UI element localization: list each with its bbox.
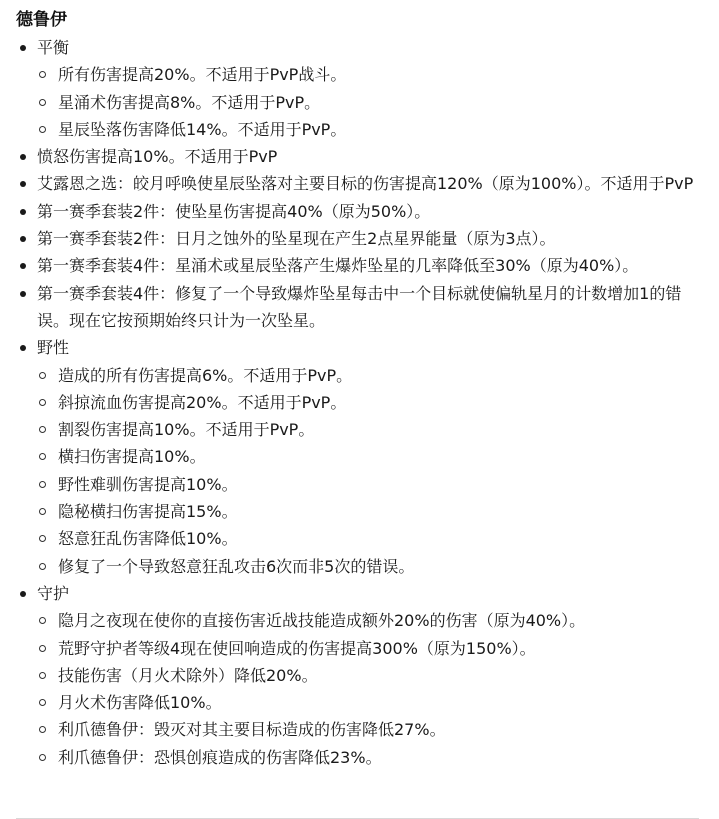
bullet-circle-icon bbox=[39, 481, 46, 488]
item-text: 造成的所有伤害提高6%。不适用于PvP。 bbox=[58, 366, 352, 385]
bullet-circle-icon bbox=[39, 563, 46, 570]
patch-notes-document: 德鲁伊 平衡 所有伤害提高20%。不适用于PvP战斗。 星涌术伤害提高8%。不适… bbox=[16, 7, 699, 771]
list-item: 修复了一个导致怒意狂乱攻击6次而非5次的错误。 bbox=[37, 553, 699, 580]
item-text: 第一赛季套装4件：星涌术或星辰坠落产生爆炸坠星的几率降低至30%（原为40%）。 bbox=[37, 256, 638, 275]
list-item-feral: 野性 造成的所有伤害提高6%。不适用于PvP。 斜掠流血伤害提高20%。不适用于… bbox=[16, 334, 699, 580]
bullet-circle-icon bbox=[39, 672, 46, 679]
list-item: 隐月之夜现在使你的直接伤害近战技能造成额外20%的伤害（原为40%）。 bbox=[37, 607, 699, 634]
list-item: 技能伤害（月火术除外）降低20%。 bbox=[37, 662, 699, 689]
bullet-circle-icon bbox=[39, 126, 46, 133]
list-item: 所有伤害提高20%。不适用于PvP战斗。 bbox=[37, 61, 699, 88]
bullet-circle-icon bbox=[39, 617, 46, 624]
list-item: 星辰坠落伤害降低14%。不适用于PvP。 bbox=[37, 116, 699, 143]
list-item: 斜掠流血伤害提高20%。不适用于PvP。 bbox=[37, 389, 699, 416]
list-item: 野性难驯伤害提高10%。 bbox=[37, 471, 699, 498]
section-label: 守护 bbox=[37, 584, 69, 603]
item-text: 星涌术伤害提高8%。不适用于PvP。 bbox=[58, 93, 320, 112]
change-list: 平衡 所有伤害提高20%。不适用于PvP战斗。 星涌术伤害提高8%。不适用于Pv… bbox=[16, 34, 699, 771]
bullet-disc-icon bbox=[20, 291, 26, 297]
list-item: 愤怒伤害提高10%。不适用于PvP bbox=[16, 143, 699, 170]
list-item-balance: 平衡 所有伤害提高20%。不适用于PvP战斗。 星涌术伤害提高8%。不适用于Pv… bbox=[16, 34, 699, 143]
bullet-circle-icon bbox=[39, 399, 46, 406]
sublist-balance: 所有伤害提高20%。不适用于PvP战斗。 星涌术伤害提高8%。不适用于PvP。 … bbox=[37, 61, 699, 143]
item-text: 技能伤害（月火术除外）降低20%。 bbox=[58, 666, 318, 685]
bullet-circle-icon bbox=[39, 508, 46, 515]
item-text: 斜掠流血伤害提高20%。不适用于PvP。 bbox=[58, 393, 346, 412]
item-text: 修复了一个导致怒意狂乱攻击6次而非5次的错误。 bbox=[58, 557, 414, 576]
list-item: 怒意狂乱伤害降低10%。 bbox=[37, 525, 699, 552]
bullet-circle-icon bbox=[39, 726, 46, 733]
item-text: 愤怒伤害提高10%。不适用于PvP bbox=[37, 147, 277, 166]
item-text: 隐秘横扫伤害提高15%。 bbox=[58, 502, 238, 521]
list-item: 割裂伤害提高10%。不适用于PvP。 bbox=[37, 416, 699, 443]
item-text: 艾露恩之选：皎月呼唤使星辰坠落对主要目标的伤害提高120%（原为100%）。不适… bbox=[37, 174, 693, 193]
bullet-disc-icon bbox=[20, 345, 26, 351]
bullet-circle-icon bbox=[39, 372, 46, 379]
list-item: 隐秘横扫伤害提高15%。 bbox=[37, 498, 699, 525]
bullet-disc-icon bbox=[20, 591, 26, 597]
list-item: 月火术伤害降低10%。 bbox=[37, 689, 699, 716]
item-text: 第一赛季套装4件：修复了一个导致爆炸坠星每击中一个目标就使偏轨星月的计数增加1的… bbox=[37, 284, 681, 330]
list-item: 星涌术伤害提高8%。不适用于PvP。 bbox=[37, 89, 699, 116]
bullet-circle-icon bbox=[39, 535, 46, 542]
list-item: 造成的所有伤害提高6%。不适用于PvP。 bbox=[37, 362, 699, 389]
item-text: 横扫伤害提高10%。 bbox=[58, 447, 206, 466]
item-text: 野性难驯伤害提高10%。 bbox=[58, 475, 238, 494]
list-item: 荒野守护者等级4现在使回响造成的伤害提高300%（原为150%）。 bbox=[37, 635, 699, 662]
list-item: 第一赛季套装4件：修复了一个导致爆炸坠星每击中一个目标就使偏轨星月的计数增加1的… bbox=[16, 280, 699, 335]
bullet-disc-icon bbox=[20, 236, 26, 242]
bullet-circle-icon bbox=[39, 99, 46, 106]
item-text: 第一赛季套装2件：使坠星伤害提高40%（原为50%）。 bbox=[37, 202, 430, 221]
bullet-circle-icon bbox=[39, 453, 46, 460]
bullet-circle-icon bbox=[39, 699, 46, 706]
list-item-guardian: 守护 隐月之夜现在使你的直接伤害近战技能造成额外20%的伤害（原为40%）。 荒… bbox=[16, 580, 699, 771]
bullet-disc-icon bbox=[20, 154, 26, 160]
sublist-guardian: 隐月之夜现在使你的直接伤害近战技能造成额外20%的伤害（原为40%）。 荒野守护… bbox=[37, 607, 699, 771]
sublist-feral: 造成的所有伤害提高6%。不适用于PvP。 斜掠流血伤害提高20%。不适用于PvP… bbox=[37, 362, 699, 580]
list-item: 第一赛季套装4件：星涌术或星辰坠落产生爆炸坠星的几率降低至30%（原为40%）。 bbox=[16, 252, 699, 279]
item-text: 星辰坠落伤害降低14%。不适用于PvP。 bbox=[58, 120, 346, 139]
list-item: 艾露恩之选：皎月呼唤使星辰坠落对主要目标的伤害提高120%（原为100%）。不适… bbox=[16, 170, 699, 197]
item-text: 隐月之夜现在使你的直接伤害近战技能造成额外20%的伤害（原为40%）。 bbox=[58, 611, 585, 630]
list-item: 第一赛季套装2件：日月之蚀外的坠星现在产生2点星界能量（原为3点）。 bbox=[16, 225, 699, 252]
item-text: 怒意狂乱伤害降低10%。 bbox=[58, 529, 238, 548]
bullet-disc-icon bbox=[20, 45, 26, 51]
bullet-circle-icon bbox=[39, 426, 46, 433]
bullet-circle-icon bbox=[39, 754, 46, 761]
list-item: 利爪德鲁伊：毁灭对其主要目标造成的伤害降低27%。 bbox=[37, 716, 699, 743]
section-label: 平衡 bbox=[37, 38, 69, 57]
list-item: 横扫伤害提高10%。 bbox=[37, 443, 699, 470]
class-title: 德鲁伊 bbox=[16, 7, 699, 34]
bullet-disc-icon bbox=[20, 263, 26, 269]
item-text: 割裂伤害提高10%。不适用于PvP。 bbox=[58, 420, 314, 439]
item-text: 利爪德鲁伊：恐惧创痕造成的伤害降低23%。 bbox=[58, 748, 382, 767]
bullet-disc-icon bbox=[20, 181, 26, 187]
list-item: 利爪德鲁伊：恐惧创痕造成的伤害降低23%。 bbox=[37, 744, 699, 771]
item-text: 所有伤害提高20%。不适用于PvP战斗。 bbox=[58, 65, 346, 84]
item-text: 月火术伤害降低10%。 bbox=[58, 693, 222, 712]
bullet-circle-icon bbox=[39, 645, 46, 652]
item-text: 第一赛季套装2件：日月之蚀外的坠星现在产生2点星界能量（原为3点）。 bbox=[37, 229, 556, 248]
list-item: 第一赛季套装2件：使坠星伤害提高40%（原为50%）。 bbox=[16, 198, 699, 225]
item-text: 利爪德鲁伊：毁灭对其主要目标造成的伤害降低27%。 bbox=[58, 720, 446, 739]
bullet-disc-icon bbox=[20, 209, 26, 215]
item-text: 荒野守护者等级4现在使回响造成的伤害提高300%（原为150%）。 bbox=[58, 639, 536, 658]
bullet-circle-icon bbox=[39, 71, 46, 78]
section-label: 野性 bbox=[37, 338, 69, 357]
